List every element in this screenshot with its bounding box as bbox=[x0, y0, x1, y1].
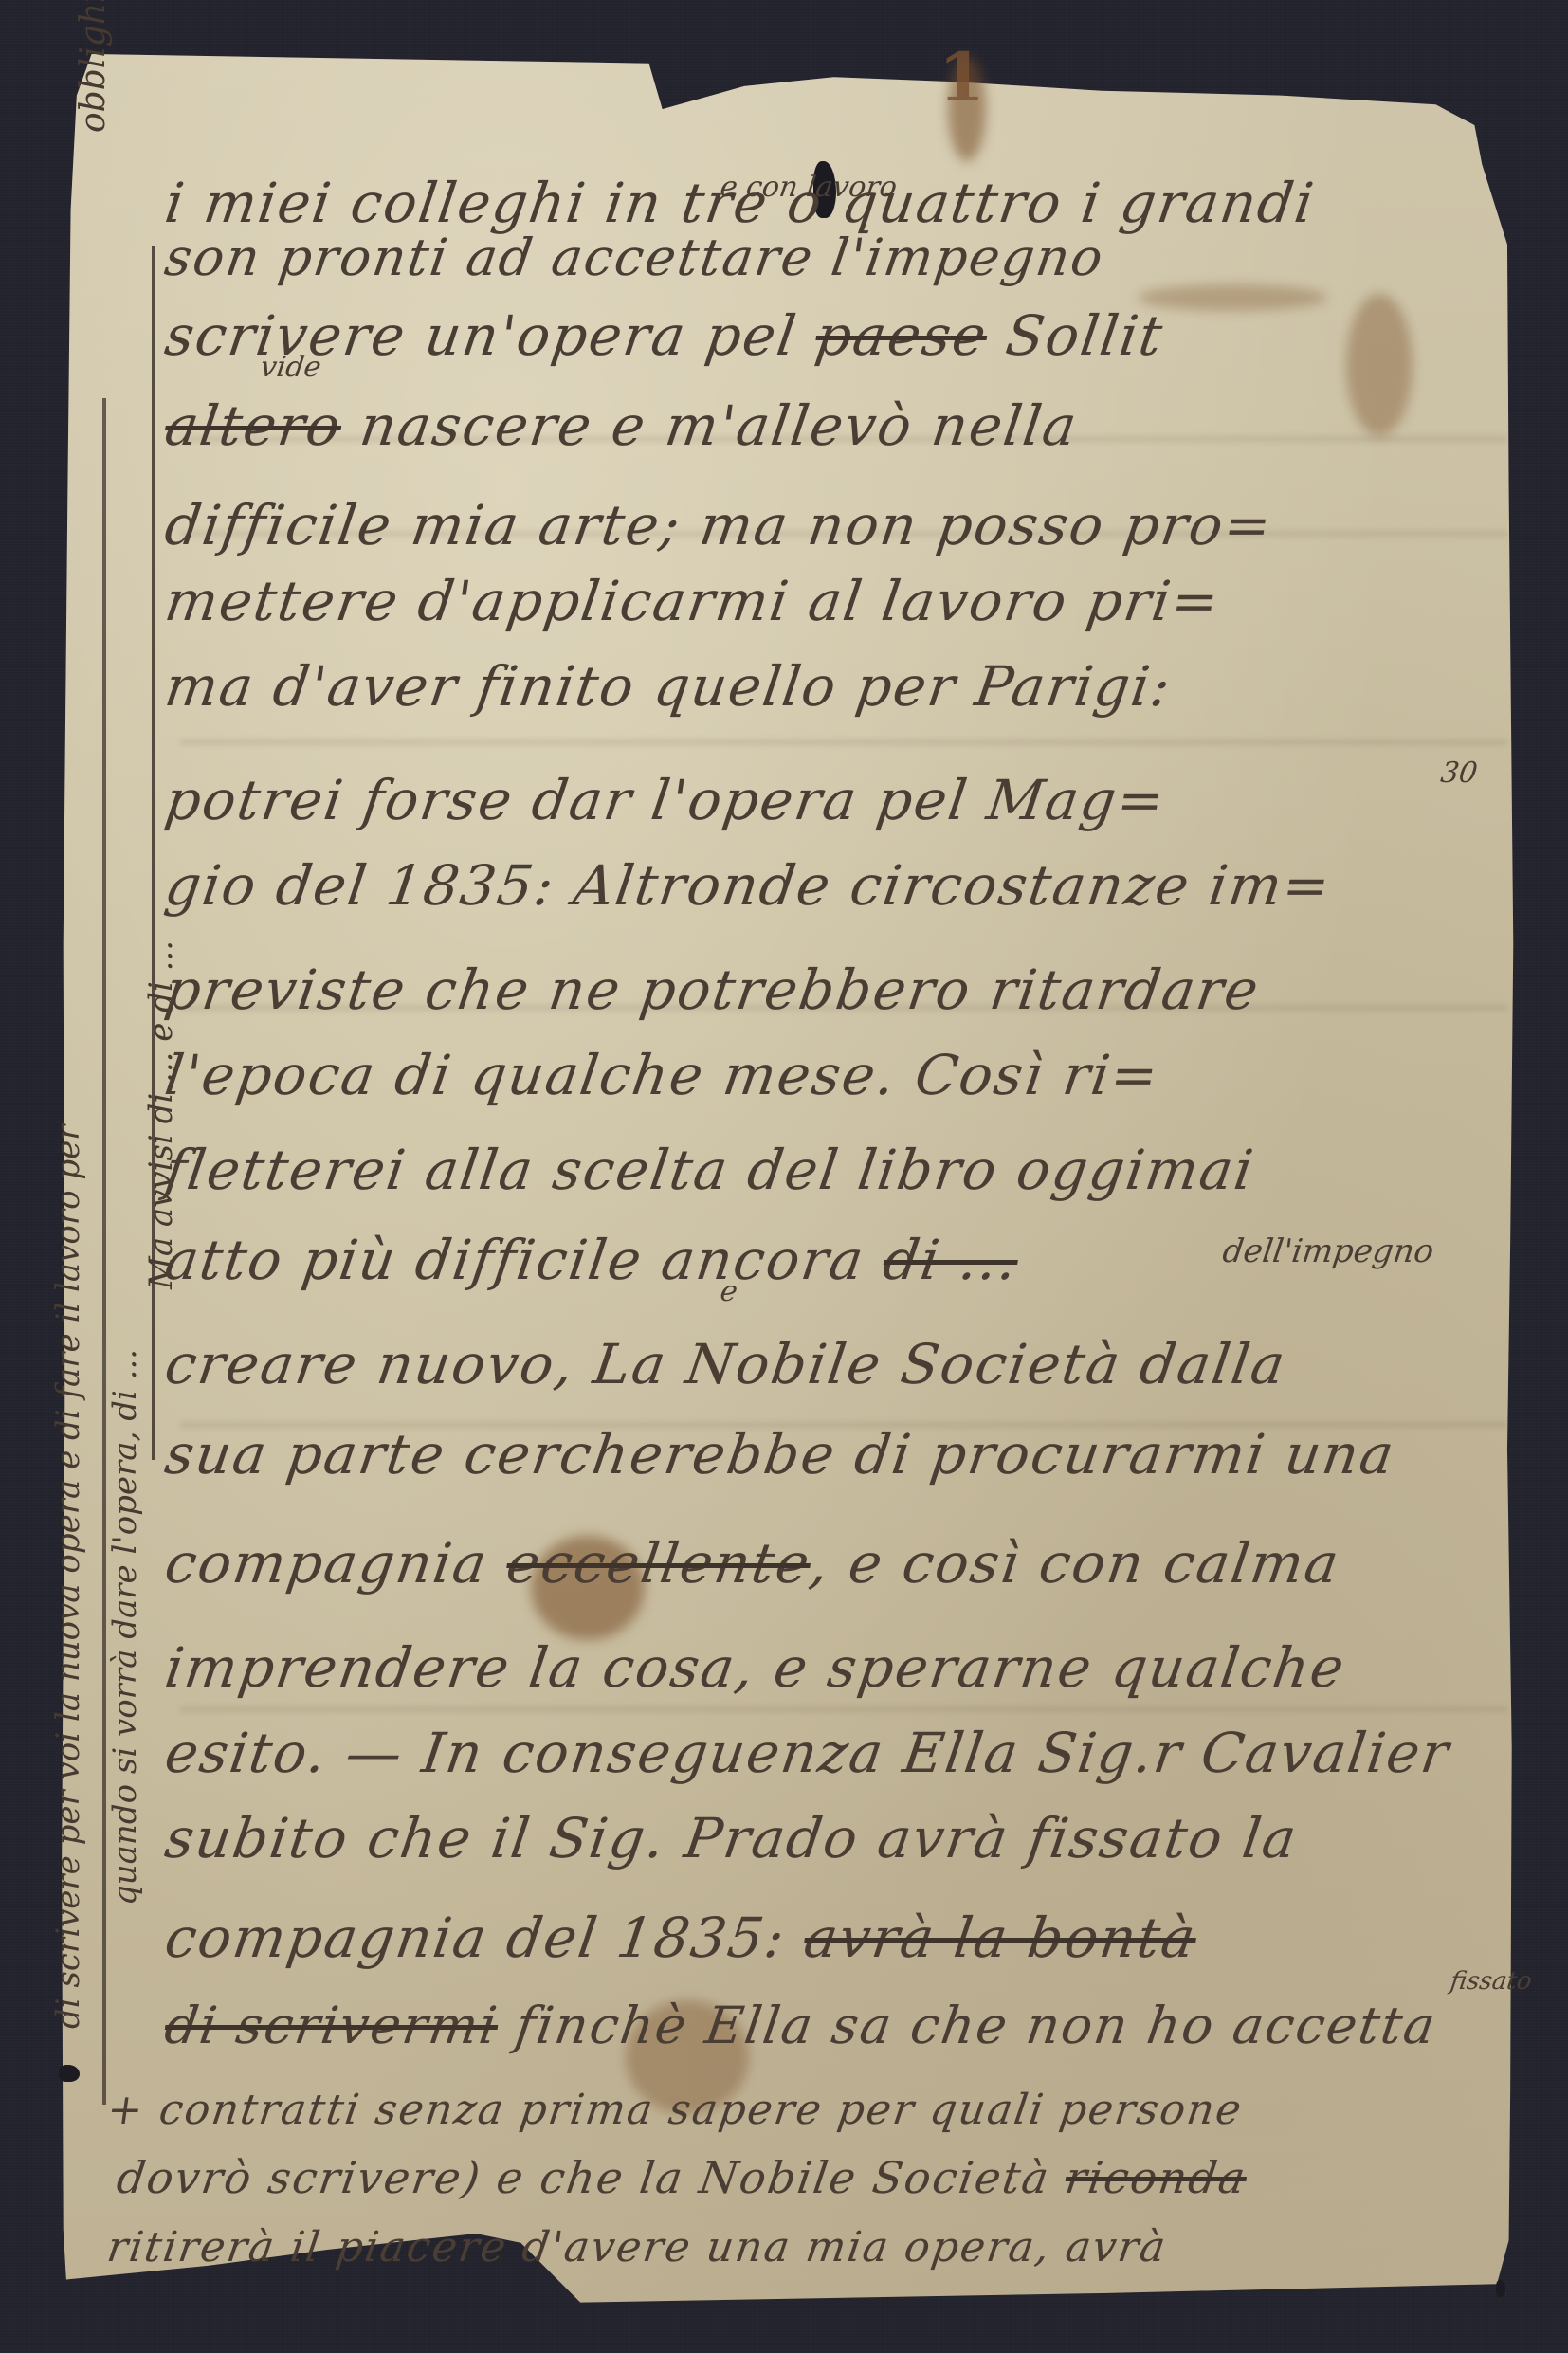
text-line-8: potrei forse dar l'opera pel Mag= bbox=[161, 768, 1536, 832]
text-line-3: scrivere un'opera pel paese Sollit bbox=[161, 303, 1536, 368]
struck-word: paese bbox=[811, 303, 992, 368]
text-line-11: l'epoca di qualche mese. Così ri= bbox=[161, 1043, 1536, 1107]
interlinear-note: fissato bbox=[1449, 1967, 1534, 1996]
struck-word: di scrivermi bbox=[161, 1996, 502, 2055]
struck-word: riconda bbox=[1062, 2152, 1249, 2203]
text-line-13: atto più difficile ancora di ... bbox=[161, 1228, 1536, 1292]
text-line-12: fletterei alla scelta del libro oggimai bbox=[161, 1138, 1536, 1202]
text-line-2: son pronti ad accettare l'impegno bbox=[161, 228, 1535, 287]
text-line-23: dovrò scrivere) e che la Nobile Società … bbox=[114, 2152, 1486, 2203]
bleed-through bbox=[180, 1706, 1507, 1712]
text-line-19: subito che il Sig. Prado avrà fissato la bbox=[161, 1806, 1536, 1870]
text-line-1: i miei colleghi in tre o quattro i grand… bbox=[161, 171, 1536, 235]
text-line-7: ma d'aver finito quello per Parigi: bbox=[161, 654, 1536, 719]
text-line-9: gio del 1835: Altronde circostanze im= bbox=[161, 853, 1536, 918]
margin-note-column-2: quando si vorrà dare l'opera, di ... bbox=[106, 1349, 144, 1906]
struck-word: eccellente bbox=[502, 1531, 815, 1596]
text-line-15: sua parte cercherebbe di procurarmi una bbox=[161, 1422, 1536, 1487]
ink-blot-bottom-right bbox=[1496, 2280, 1505, 2297]
text-line-10: previste che ne potrebbero ritardare bbox=[161, 958, 1536, 1022]
bleed-through bbox=[180, 739, 1507, 745]
text-line-21: di scrivermi finchè Ella sa che non ho a… bbox=[161, 1996, 1535, 2055]
text-line-5: difficile mia arte; ma non posso pro= bbox=[161, 493, 1536, 557]
text-line-6: mettere d'applicarmi al lavoro pri= bbox=[161, 569, 1536, 633]
ink-blot-bottom-left bbox=[59, 2065, 80, 2082]
text-line-16: compagnia eccellente, e così con calma bbox=[161, 1531, 1536, 1596]
struck-word: di ... bbox=[880, 1228, 1023, 1292]
text-line-17: imprendere la cosa, e sperarne qualche bbox=[161, 1635, 1536, 1700]
margin-note-column-1: di scrivere per voi la nuova opera e di … bbox=[49, 1124, 87, 2029]
struck-word: altero bbox=[161, 393, 346, 458]
text-line-4: altero nascere e m'allevò nella bbox=[161, 393, 1536, 458]
text-line-18: esito. — In conseguenza Ella Sig.r Caval… bbox=[161, 1721, 1536, 1785]
page-number-mark: 1 bbox=[939, 38, 985, 117]
text-line-22: + contratti senza prima sapere per quali… bbox=[104, 2086, 1476, 2134]
struck-word: avrà la bontà bbox=[800, 1906, 1201, 1970]
text-line-20: compagnia del 1835: avrà la bontà bbox=[161, 1906, 1536, 1970]
text-line-24: ritirerà il piacere d'avere una mia oper… bbox=[104, 2223, 1476, 2271]
text-line-14: creare nuovo, La Nobile Società dalla bbox=[161, 1332, 1536, 1396]
margin-note-top: obblighi bbox=[74, 0, 113, 133]
